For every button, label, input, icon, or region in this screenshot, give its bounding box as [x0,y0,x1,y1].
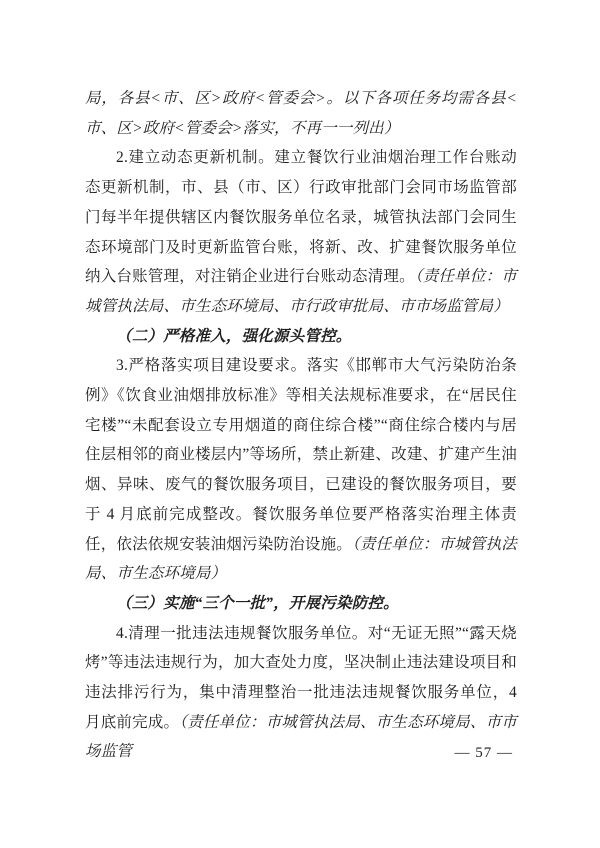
item-2-body: 建立餐饮行业油烟治理工作台账动态更新机制，市、县（市、区）行政审批部门会同市场监… [85,149,517,285]
section-heading-ii: （二）严格准入，强化源头管控。 [85,322,517,352]
section-heading-iii: （三）实施“三个一批”，开展污染防控。 [85,589,517,619]
item-3-lead: 3.严格落实项目建设要求。 [116,357,307,374]
list-item-3: 3.严格落实项目建设要求。落实《邯郸市大气污染防治条例》《饮食业油烟排放标准》等… [85,351,517,589]
document-content: 局，各县<市、区>政府<管委会>。以下各项任务均需各县<市、区>政府<管委会>落… [85,84,517,767]
item-3-body: 落实《邯郸市大气污染防治条例》《饮食业油烟排放标准》等相关法规标准要求，在“居民… [85,357,517,552]
document-page: 局，各县<市、区>政府<管委会>。以下各项任务均需各县<市、区>政府<管委会>落… [0,0,600,848]
page-number: — 57 — [455,745,514,762]
paragraph-responsibility-continuation: 局，各县<市、区>政府<管委会>。以下各项任务均需各县<市、区>政府<管委会>落… [85,84,517,143]
item-4-lead: 4.清理一批违法违规餐饮服务单位。 [116,625,368,642]
item-2-lead: 2.建立动态更新机制。 [116,149,274,166]
list-item-4: 4.清理一批违法违规餐饮服务单位。对“无证无照”“露天烧烤”等违法违规行为，加大… [85,619,517,768]
list-item-2: 2.建立动态更新机制。建立餐饮行业油烟治理工作台账动态更新机制，市、县（市、区）… [85,143,517,321]
